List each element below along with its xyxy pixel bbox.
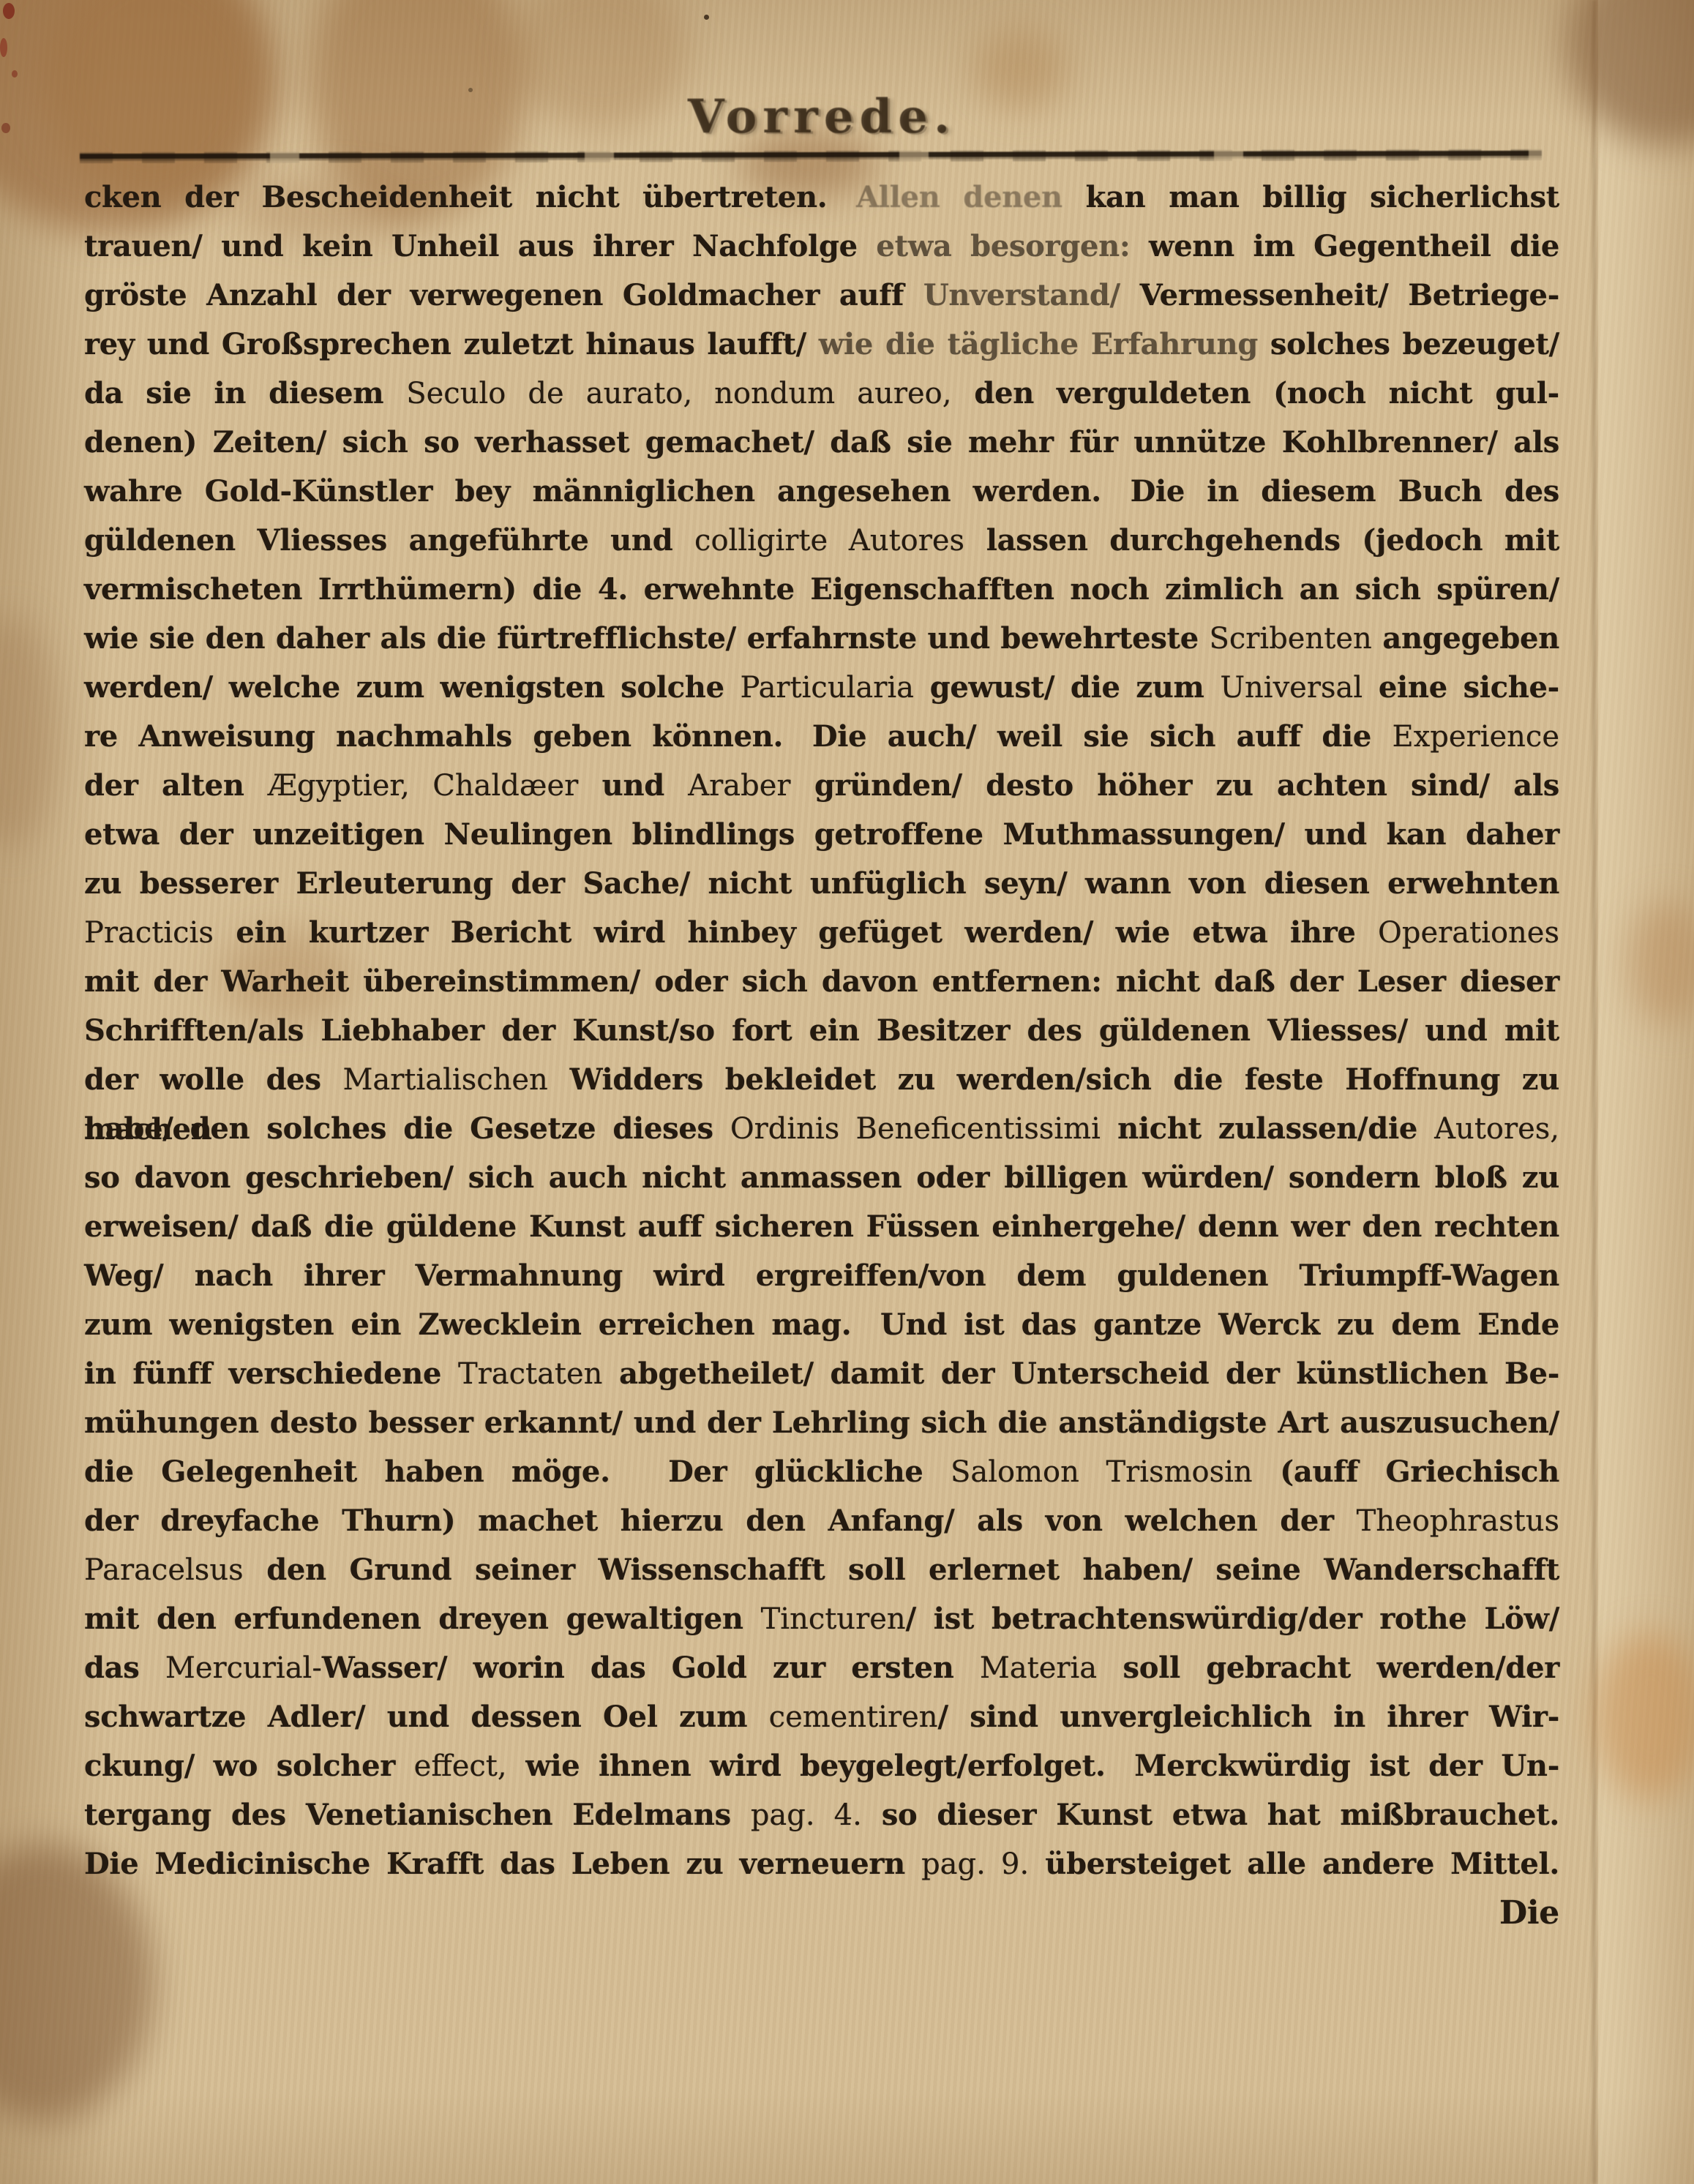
fraktur-segment: den verguldeten (noch nicht gul- (951, 376, 1559, 410)
page-title: Vorrede. (84, 89, 1559, 145)
fraktur-segment: re Anweisung nachmahls geben können. Die… (84, 719, 1393, 754)
text-line: mit den erfundenen dreyen gewaltigen Tin… (84, 1594, 1559, 1643)
fraktur-segment: da sie in diesem (84, 376, 406, 410)
fraktur-segment: Die Medicinische Krafft das Leben zu ver… (84, 1847, 921, 1881)
text-line: gröste Anzahl der verwegenen Goldmacher … (84, 271, 1559, 320)
fraktur-segment: ein kurtzer Bericht wird hinbey gefüget … (214, 915, 1378, 950)
text-line: in fünff verschiedene Tractaten abgethei… (84, 1349, 1559, 1398)
fraktur-segment: erweisen/ daß die güldene Kunst auff sic… (84, 1209, 1559, 1244)
text-line: das Mercurial-Wasser/ worin das Gold zur… (84, 1643, 1559, 1692)
fraktur-segment: und (578, 768, 688, 803)
fraktur-segment: mit den erfundenen dreyen gewaltigen (84, 1602, 761, 1636)
antiqua-segment: Martialischen (342, 1063, 547, 1097)
divider-rule (80, 149, 1542, 163)
fraktur-segment: den Grund seiner Wissenschafft soll erle… (244, 1553, 1559, 1587)
fraktur-segment: übersteiget alle andere Mittel. (1029, 1847, 1559, 1881)
text-line: etwa der unzeitigen Neulingen blindlings… (84, 810, 1559, 859)
fraktur-segment: cken der Bescheidenheit nicht übertreten… (84, 180, 856, 214)
antiqua-segment: Universal (1220, 671, 1363, 705)
text-line: habe/ den solches die Gesetze dieses Ord… (84, 1104, 1559, 1153)
fraktur-segment: (auff Griechisch (1253, 1455, 1559, 1489)
antiqua-segment: Ordinis Beneficentissimi (730, 1112, 1101, 1146)
antiqua-segment: colligirte Autores (694, 524, 964, 558)
fraktur-segment: mühungen desto besser erkannt/ und der L… (84, 1406, 1559, 1440)
antiqua-segment: Operationes (1378, 916, 1559, 950)
text-line: ckung/ wo solcher effect, wie ihnen wird… (84, 1741, 1559, 1790)
edge-speck (1, 123, 10, 133)
fraktur-segment: angegeben (1372, 621, 1559, 656)
text-line: wahre Gold-Künstler bey männiglichen ang… (84, 467, 1559, 516)
text-line: der wolle des Martialischen Widders bekl… (84, 1055, 1559, 1104)
fraktur-segment: Unverstand/ (923, 278, 1120, 312)
fraktur-segment: / ist betrachtenswürdig/der rothe Löw/ (906, 1602, 1559, 1636)
text-line: zum wenigsten ein Zwecklein erreichen ma… (84, 1300, 1559, 1349)
page-edge-highlight (1598, 0, 1694, 2184)
text-line: vermischeten Irrthümern) die 4. erwehnte… (84, 565, 1559, 614)
text-line: Die Medicinische Krafft das Leben zu ver… (84, 1839, 1559, 1888)
fraktur-segment: Wasser/ worin das Gold zur ersten (322, 1651, 980, 1685)
fraktur-segment: tergang des Venetianischen Edelmans (84, 1798, 751, 1832)
fraktur-segment: der dreyfache Thurn) machet hierzu den A… (84, 1504, 1357, 1538)
fraktur-segment: abgetheilet/ damit der Unterscheid der k… (602, 1356, 1559, 1391)
antiqua-segment: Scribenten (1209, 622, 1371, 656)
fraktur-segment: werden/ welche zum wenigsten solche (84, 670, 740, 705)
edge-speck (3, 3, 15, 19)
fraktur-segment: mit der Warheit übereinstimmen/ oder sic… (84, 964, 1559, 999)
fraktur-segment: / sind unvergleichlich in ihrer Wir- (938, 1700, 1559, 1734)
text-line: wie sie den daher als die fürtrefflichst… (84, 614, 1559, 663)
fraktur-segment: wie sie den daher als die fürtrefflichst… (84, 621, 1209, 656)
text-line: trauen/ und kein Unheil aus ihrer Nachfo… (84, 222, 1559, 271)
antiqua-segment: Particularia (740, 671, 914, 705)
fraktur-segment: so davon geschrieben/ sich auch nicht an… (84, 1160, 1559, 1195)
antiqua-segment: Seculo de aurato, nondum aureo, (406, 377, 951, 410)
fraktur-segment: die Gelegenheit haben möge. Der glücklic… (84, 1455, 951, 1489)
text-line: güldenen Vliesses angeführte und colligi… (84, 516, 1559, 565)
fraktur-segment: wenn im Gegentheil die (1130, 229, 1559, 263)
text-line: Schrifften/als Liebhaber der Kunst/so fo… (84, 1006, 1559, 1055)
fraktur-segment: gröste Anzahl der verwegenen Goldmacher … (84, 278, 923, 312)
text-line: tergang des Venetianischen Edelmans pag.… (84, 1790, 1559, 1839)
page-fold-line (1592, 0, 1596, 2184)
antiqua-segment: Paracelsus (84, 1553, 244, 1587)
antiqua-segment: effect, (414, 1749, 507, 1783)
text-line: werden/ welche zum wenigsten solche Part… (84, 663, 1559, 712)
fraktur-segment: rey und Großsprechen zuletzt hinaus lauf… (84, 327, 819, 361)
fraktur-segment: zum wenigsten ein Zwecklein erreichen ma… (84, 1307, 1559, 1342)
fraktur-segment: nicht zulassen/die (1101, 1111, 1434, 1146)
antiqua-segment: Tractaten (458, 1357, 602, 1391)
text-line: schwartze Adler/ und dessen Oel zum ceme… (84, 1692, 1559, 1741)
antiqua-segment: Materia (980, 1651, 1097, 1685)
text-line: denen) Zeiten/ sich so verhasset gemache… (84, 418, 1559, 467)
antiqua-segment: pag. 9. (921, 1847, 1029, 1881)
text-line: der dreyfache Thurn) machet hierzu den A… (84, 1496, 1559, 1545)
fraktur-segment: etwa besorgen: (876, 229, 1130, 263)
fraktur-segment: soll gebracht werden/der (1097, 1651, 1559, 1685)
fraktur-segment: Schrifften/als Liebhaber der Kunst/so fo… (84, 1013, 1559, 1048)
catchword: Die (84, 1888, 1559, 1937)
fraktur-segment: Vermessenheit/ Betriege- (1120, 278, 1559, 312)
fraktur-segment: habe/ den solches die Gesetze dieses (84, 1111, 730, 1146)
antiqua-segment: Autores, (1434, 1112, 1559, 1146)
fraktur-segment: der wolle des (84, 1062, 342, 1097)
fraktur-segment: güldenen Vliesses angeführte und (84, 523, 694, 558)
antiqua-segment: Araber (688, 769, 790, 803)
antiqua-segment: cementiren (769, 1700, 938, 1734)
antiqua-segment: Tincturen (761, 1602, 906, 1636)
fraktur-segment: in fünff verschiedene (84, 1356, 458, 1391)
text-line: cken der Bescheidenheit nicht übertreten… (84, 173, 1559, 222)
fraktur-segment: solches bezeuget/ (1258, 327, 1559, 361)
fraktur-segment: kan man billig sicherlichst (1063, 180, 1559, 214)
text-line: erweisen/ daß die güldene Kunst auff sic… (84, 1202, 1559, 1251)
paper-stain (0, 615, 59, 849)
edge-speck (704, 15, 709, 20)
fraktur-segment: eine siche- (1363, 670, 1559, 705)
antiqua-segment: Practicis (84, 916, 214, 950)
fraktur-segment: vermischeten Irrthümern) die 4. erwehnte… (84, 572, 1559, 607)
fraktur-segment: das (84, 1651, 165, 1685)
text-line: rey und Großsprechen zuletzt hinaus lauf… (84, 320, 1559, 369)
fraktur-segment: trauen/ und kein Unheil aus ihrer Nachfo… (84, 229, 876, 263)
paper-stain (1566, 0, 1694, 146)
text-line: der alten Ægyptier, Chaldæer und Araber … (84, 761, 1559, 810)
fraktur-segment: Weg/ nach ihrer Vermahnung wird ergreiff… (84, 1258, 1559, 1293)
fraktur-segment: wie die tägliche Erfahrung (819, 327, 1258, 361)
text-line: Practicis ein kurtzer Bericht wird hinbe… (84, 908, 1559, 957)
fraktur-segment: lassen durchgehends (jedoch mit (964, 523, 1559, 558)
text-block: cken der Bescheidenheit nicht übertreten… (84, 173, 1559, 1937)
fraktur-segment: Allen denen (856, 180, 1063, 214)
antiqua-segment: Ægyptier, Chaldæer (268, 769, 578, 803)
antiqua-segment: Salomon Trismosin (951, 1455, 1253, 1489)
fraktur-segment: denen) Zeiten/ sich so verhasset gemache… (84, 425, 1559, 459)
text-line: die Gelegenheit haben möge. Der glücklic… (84, 1447, 1559, 1496)
scanned-book-page: Vorrede. cken der Bescheidenheit nicht ü… (0, 0, 1694, 2184)
fraktur-segment: der alten (84, 768, 268, 803)
text-line: da sie in diesem Seculo de aurato, nondu… (84, 369, 1559, 418)
text-line: mit der Warheit übereinstimmen/ oder sic… (84, 957, 1559, 1006)
fraktur-segment: wie ihnen wird beygelegt/erfolget. Merck… (507, 1749, 1559, 1783)
edge-speck (12, 70, 18, 78)
fraktur-segment: schwartze Adler/ und dessen Oel zum (84, 1700, 769, 1734)
text-line: mühungen desto besser erkannt/ und der L… (84, 1398, 1559, 1447)
fraktur-segment: etwa der unzeitigen Neulingen blindlings… (84, 817, 1559, 852)
text-line: Weg/ nach ihrer Vermahnung wird ergreiff… (84, 1251, 1559, 1300)
antiqua-segment: pag. 4. (751, 1798, 862, 1832)
edge-speck (0, 38, 7, 57)
antiqua-segment: Theophrastus (1357, 1504, 1559, 1538)
text-line: re Anweisung nachmahls geben können. Die… (84, 712, 1559, 761)
antiqua-segment: Experience (1393, 720, 1559, 754)
fraktur-segment: ckung/ wo solcher (84, 1749, 414, 1783)
text-line: Paracelsus den Grund seiner Wissenschaff… (84, 1545, 1559, 1594)
fraktur-segment: gründen/ desto höher zu achten sind/ als (791, 768, 1559, 803)
fraktur-segment: zu besserer Erleuterung der Sache/ nicht… (84, 866, 1559, 901)
antiqua-segment: Mercurial- (165, 1651, 322, 1685)
text-line: so davon geschrieben/ sich auch nicht an… (84, 1153, 1559, 1202)
fraktur-segment: wahre Gold-Künstler bey männiglichen ang… (84, 474, 1559, 509)
text-line: zu besserer Erleuterung der Sache/ nicht… (84, 859, 1559, 908)
fraktur-segment: gewust/ die zum (914, 670, 1220, 705)
fraktur-segment: so dieser Kunst etwa hat mißbrauchet. (862, 1798, 1559, 1832)
